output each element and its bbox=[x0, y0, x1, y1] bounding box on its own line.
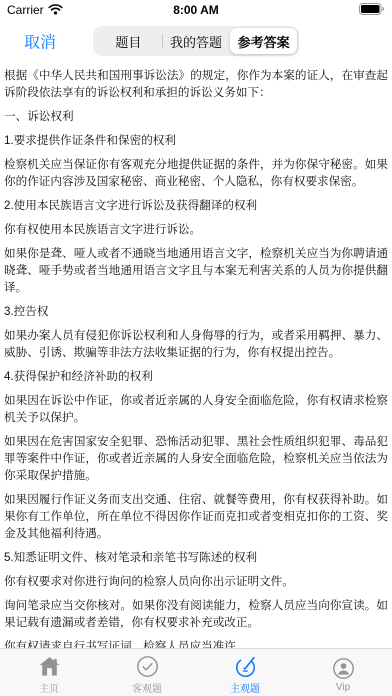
answer-paragraph: 如果你是聋、哑人或者不通晓当地通用语言文字，检察机关应当为你聘请通晓聋、哑手势或… bbox=[4, 245, 388, 296]
answer-paragraph: 如果因履行作证义务而支出交通、住宿、就餐等费用，你有权获得补助。如果你有工作单位… bbox=[4, 491, 388, 542]
status-bar: Carrier 8:00 AM bbox=[0, 0, 392, 20]
segment-reference-answer-label: 参考答案 bbox=[238, 32, 290, 51]
clock: 8:00 AM bbox=[117, 3, 275, 17]
tab-home-label: 主页 bbox=[39, 680, 59, 695]
segment-question[interactable]: 题目 bbox=[95, 28, 162, 54]
carrier-label: Carrier bbox=[7, 3, 44, 17]
answer-paragraph: 如果因在诉讼中作证，你或者近亲属的人身安全面临危险，你有权请求检察机关予以保护。 bbox=[4, 392, 388, 426]
answer-paragraph: 4.获得保护和经济补助的权利 bbox=[4, 368, 388, 385]
reference-answer-text[interactable]: 根据《中华人民共和国刑事诉讼法》的规定，你作为本案的证人，在审查起诉阶段依法享有… bbox=[0, 62, 392, 648]
tab-bar: 主页 客观题 主观题 Vip bbox=[0, 648, 392, 696]
wifi-icon bbox=[48, 3, 63, 18]
tab-objective-label: 客观题 bbox=[132, 680, 162, 695]
home-icon bbox=[37, 654, 62, 679]
answer-paragraph: 3.控告权 bbox=[4, 303, 388, 320]
answer-paragraph: 如果因在危害国家安全犯罪、恐怖活动犯罪、黑社会性质组织犯罪、毒品犯罪等案件中作证… bbox=[4, 433, 388, 484]
tab-vip[interactable]: Vip bbox=[294, 649, 392, 696]
answer-paragraph: 5.知悉证明文件、核对笔录和亲笔书写陈述的权利 bbox=[4, 549, 388, 566]
answer-paragraph: 根据《中华人民共和国刑事诉讼法》的规定，你作为本案的证人，在审查起诉阶段依法享有… bbox=[4, 67, 388, 101]
answer-paragraph: 你有权使用本民族语言文字进行诉讼。 bbox=[4, 221, 388, 238]
check-circle-icon bbox=[135, 654, 160, 679]
segment-my-answer[interactable]: 我的答题 bbox=[163, 28, 230, 54]
segment-question-label: 题目 bbox=[115, 32, 141, 51]
answer-paragraph: 一、诉讼权利 bbox=[4, 108, 388, 125]
cancel-button[interactable]: 取消 bbox=[24, 30, 56, 53]
person-circle-icon bbox=[331, 656, 356, 681]
edit-circle-icon bbox=[233, 654, 258, 679]
answer-paragraph: 你有权请求自行书写证词，检察人员应当准许。 bbox=[4, 638, 388, 648]
nav-bar: 取消 题目 我的答题 参考答案 bbox=[0, 20, 392, 62]
segment-reference-answer[interactable]: 参考答案 bbox=[230, 28, 297, 54]
answer-paragraph: 询问笔录应当交你核对。如果你没有阅读能力，检察人员应当向你宣读。如果记载有遗漏或… bbox=[4, 597, 388, 631]
tab-vip-label: Vip bbox=[336, 682, 350, 693]
answer-paragraph: 如果办案人员有侵犯你诉讼权利和人身侮辱的行为，或者采用羁押、暴力、威胁、引诱、欺… bbox=[4, 327, 388, 361]
answer-paragraph: 你有权要求对你进行询问的检察人员向你出示证明文件。 bbox=[4, 573, 388, 590]
segment-my-answer-label: 我的答题 bbox=[170, 32, 222, 51]
tab-home[interactable]: 主页 bbox=[0, 649, 98, 696]
tab-subjective-label: 主观题 bbox=[230, 680, 260, 695]
tab-subjective[interactable]: 主观题 bbox=[196, 649, 294, 696]
answer-paragraph: 1.要求提供作证条件和保密的权利 bbox=[4, 132, 388, 149]
segmented-control: 题目 我的答题 参考答案 bbox=[93, 26, 299, 56]
answer-paragraph: 2.使用本民族语言文字进行诉讼及获得翻译的权利 bbox=[4, 197, 388, 214]
battery-icon bbox=[359, 3, 385, 18]
answer-paragraph: 检察机关应当保证你有客观充分地提供证据的条件，并为你保守秘密。如果你的作证内容涉… bbox=[4, 156, 388, 190]
tab-objective[interactable]: 客观题 bbox=[98, 649, 196, 696]
